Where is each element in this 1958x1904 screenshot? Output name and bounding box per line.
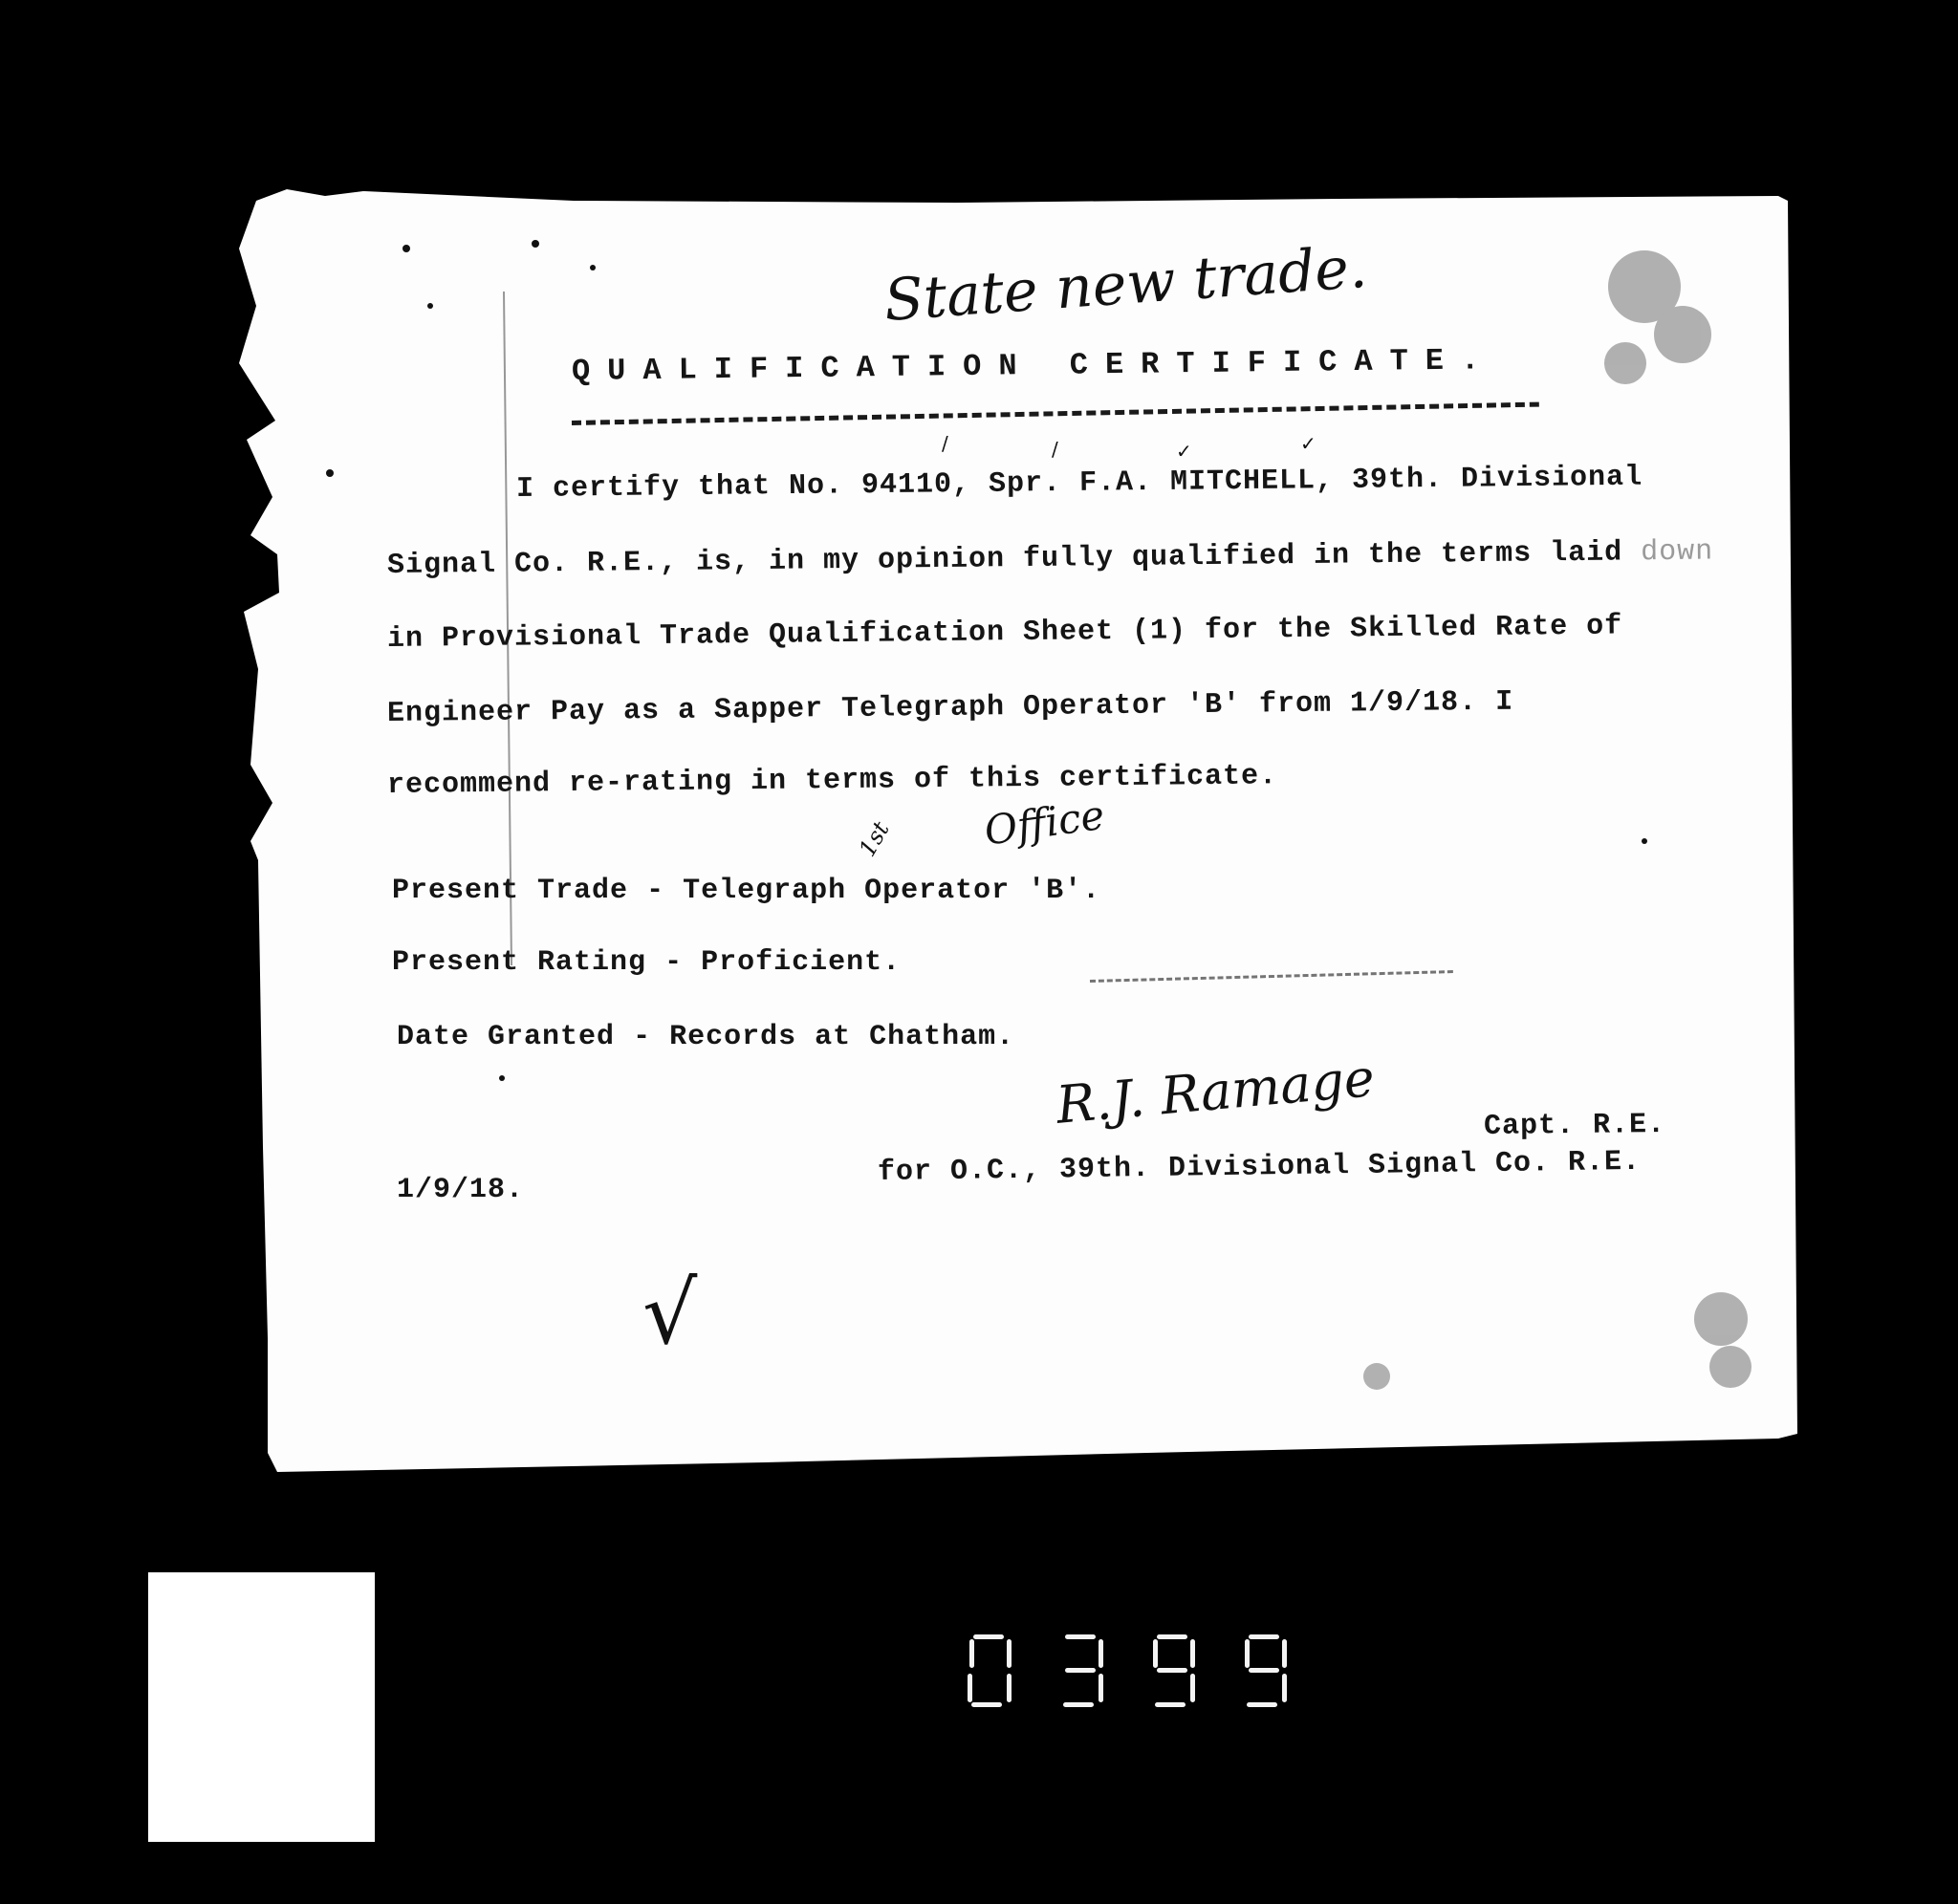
frame-counter [966,1634,1289,1707]
check-tick-icon: / [942,432,948,455]
field-date-granted: Date Granted - Records at Chatham. [397,1021,1014,1053]
counter-digit [966,1634,1013,1707]
check-mark-icon: √ [642,1264,697,1364]
counter-digit [1149,1634,1197,1707]
field-separator: - [664,946,683,979]
field-label: Date Granted [397,1021,615,1053]
field-value: Proficient. [701,946,901,979]
check-tick-icon: ✓ [1300,432,1316,455]
field-present-trade: Present Trade - Telegraph Operator 'B'. [392,875,1100,907]
field-value: Telegraph Operator 'B'. [683,875,1100,907]
signatory-rank: Capt. R.E. [1484,1109,1665,1143]
counter-digit [1057,1634,1105,1707]
blank-calibration-card [148,1572,375,1842]
field-separator: - [633,1021,651,1053]
check-tick-icon: / [1052,438,1058,461]
field-label: Present Trade [392,875,628,907]
field-label: Present Rating [392,946,646,979]
field-separator: - [646,875,664,907]
counter-digit [1241,1634,1289,1707]
check-tick-icon: ✓ [1176,440,1192,463]
body-line-2-faint-word: down [1641,535,1713,569]
field-value: Records at Chatham. [669,1021,1014,1053]
document-date: 1/9/18. [397,1174,524,1206]
field-present-rating: Present Rating - Proficient. [392,946,901,979]
